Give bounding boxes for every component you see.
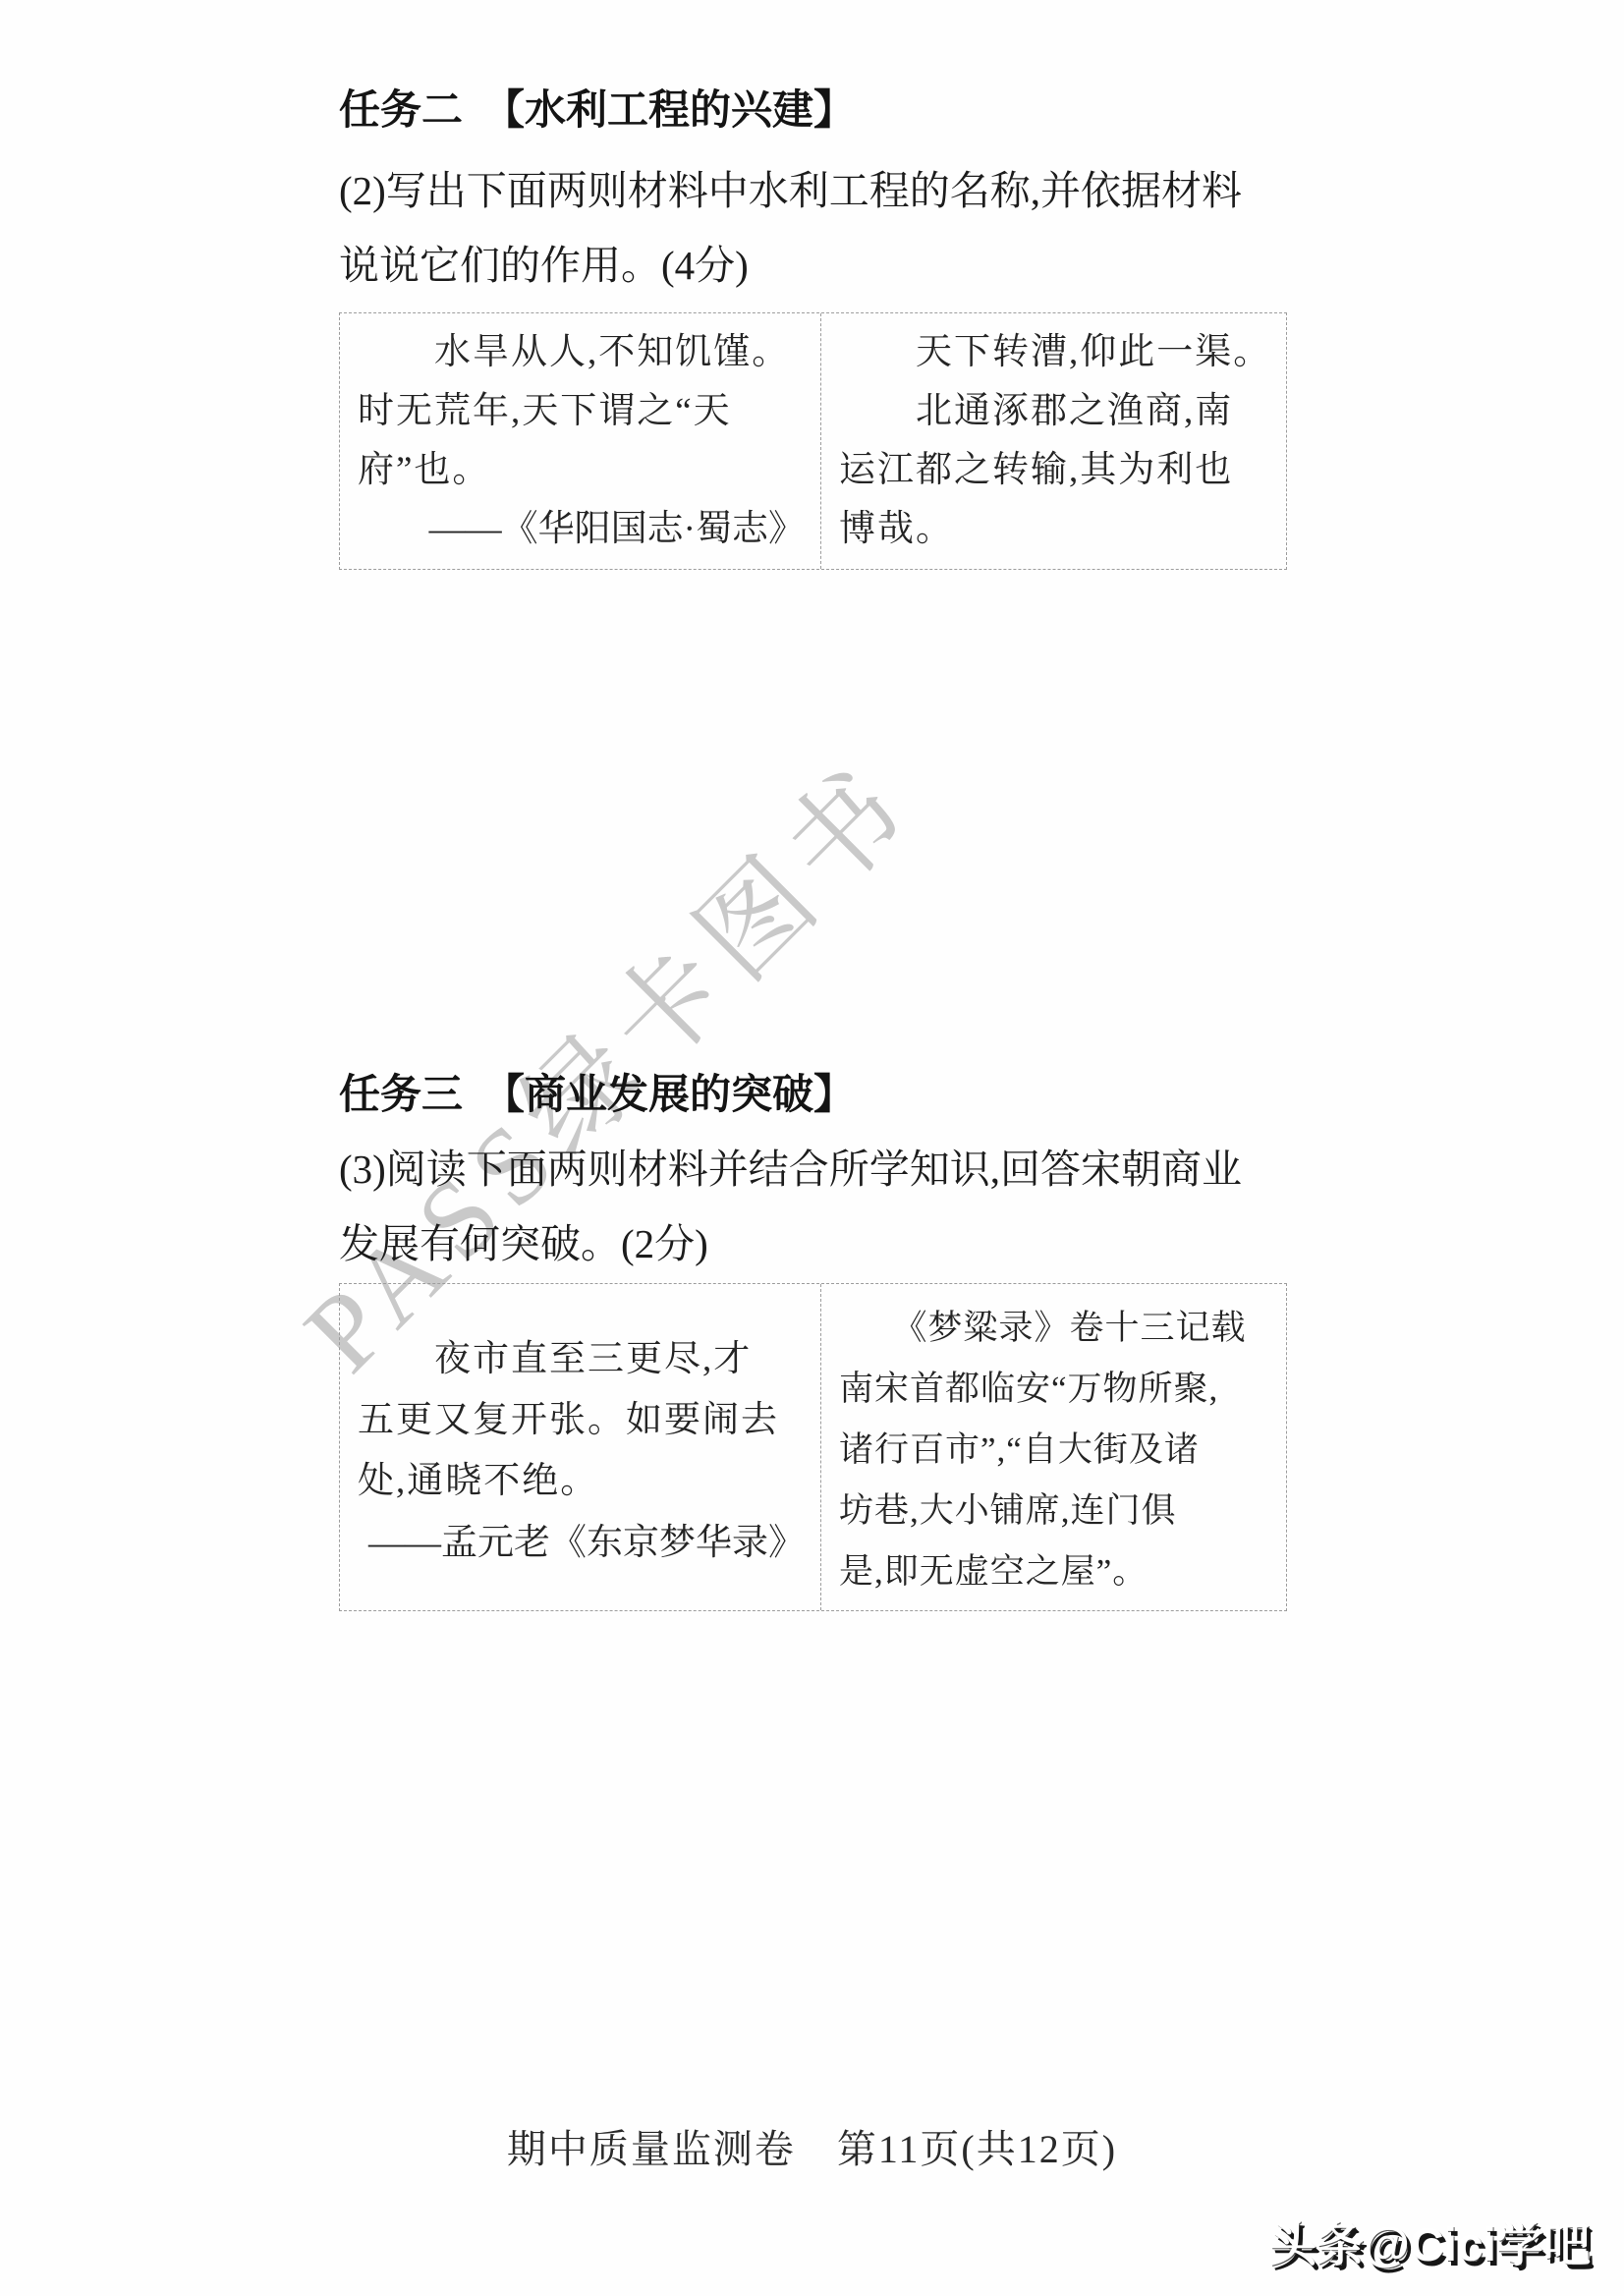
task3-question: (3)阅读下面两则材料并结合所学知识,回答宋朝商业 发展有何突破。(2分)	[339, 1132, 1297, 1281]
task3-materials-table: 夜市直至三更尽,才 五更又复开张。如要闹去 处,通晓不绝。 ——孟元老《东京梦华…	[339, 1283, 1287, 1611]
page-content: 任务二 【水利工程的兴建】 (2)写出下面两则材料中水利工程的名称,并依据材料 …	[0, 0, 1624, 2296]
task3-material-left-cell: 夜市直至三更尽,才 五更又复开张。如要闹去 处,通晓不绝。 ——孟元老《东京梦华…	[340, 1284, 821, 1610]
task3-material-left-text: 夜市直至三更尽,才 五更又复开张。如要闹去 处,通晓不绝。	[358, 1294, 805, 1512]
task3-material-right-text: 《梦粱录》卷十三记载 南宋首都临安“万物所聚, 诸行百市”,“自大街及诸 坊巷,…	[839, 1294, 1270, 1602]
task2-materials-table: 水旱从人,不知饥馑。 时无荒年,天下谓之“天 府”也。 ——《华阳国志·蜀志》 …	[339, 312, 1287, 570]
task2-material-left-source: ——《华阳国志·蜀志》	[358, 500, 805, 559]
credit-watermark: 头条@Cici学吧	[1269, 2207, 1591, 2274]
task2-material-left-text: 水旱从人,不知饥馑。 时无荒年,天下谓之“天 府”也。	[358, 323, 805, 500]
page-footer: 期中质量监测卷 第11页(共12页)	[0, 2118, 1624, 2174]
exam-page: PASS绿卡图书 任务二 【水利工程的兴建】 (2)写出下面两则材料中水利工程的…	[0, 0, 1624, 2296]
task2-question: (2)写出下面两则材料中水利工程的名称,并依据材料 说说它们的作用。(4分)	[339, 153, 1297, 303]
task2-material-left-cell: 水旱从人,不知饥馑。 时无荒年,天下谓之“天 府”也。 ——《华阳国志·蜀志》	[340, 313, 821, 569]
task3-heading: 任务三 【商业发展的突破】	[339, 1067, 1302, 1122]
task3-material-left-source: ——孟元老《东京梦华录》	[358, 1512, 805, 1575]
task2-material-right-text: 天下转漕,仰此一渠。 北通涿郡之渔商,南 运江都之转输,其为利也 博哉。	[839, 323, 1270, 559]
task3-material-right-cell: 《梦粱录》卷十三记载 南宋首都临安“万物所聚, 诸行百市”,“自大街及诸 坊巷,…	[821, 1284, 1286, 1610]
task2-heading: 任务二 【水利工程的兴建】	[339, 83, 1302, 138]
task2-material-right-cell: 天下转漕,仰此一渠。 北通涿郡之渔商,南 运江都之转输,其为利也 博哉。	[821, 313, 1286, 569]
